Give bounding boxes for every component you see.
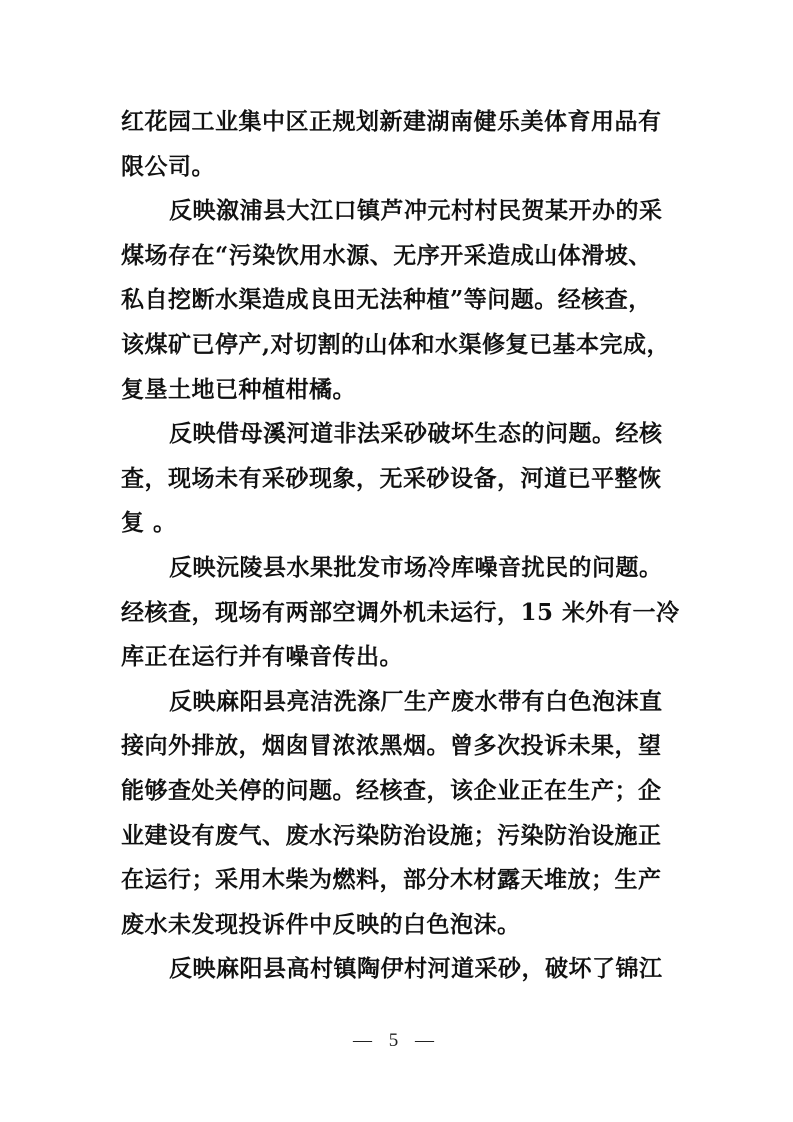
text-line: 红花园工业集中区正规划新建湖南健乐美体育用品有 [121, 100, 681, 145]
paragraph-gaocun-sand-mining: 反映麻阳县高村镇陶伊村河道采砂，破坏了锦江 [121, 947, 681, 992]
text-line: 在运行；采用木柴为燃料，部分木材露天堆放；生产 [121, 858, 681, 903]
text-line: 库正在运行并有噪音传出。 [121, 635, 681, 680]
paragraph-continuation: 红花园工业集中区正规划新建湖南健乐美体育用品有 限公司。 [121, 100, 681, 189]
paragraph-xupu-coal-mine: 反映溆浦县大江口镇芦冲元村村民贺某开办的采 煤场存在“污染饮用水源、无序开采造成… [121, 189, 681, 412]
document-page: 红花园工业集中区正规划新建湖南健乐美体育用品有 限公司。 反映溆浦县大江口镇芦冲… [0, 0, 793, 1122]
text-line: 反映麻阳县亮洁洗涤厂生产废水带有白色泡沫直 [121, 680, 681, 725]
text-line: 该煤矿已停产,对切割的山体和水渠修复已基本完成， [121, 323, 681, 368]
paragraph-jiemuxi-sand-mining: 反映借母溪河道非法采砂破坏生态的问题。经核 查，现场未有采砂现象，无采砂设备，河… [121, 412, 681, 546]
text-line: 复 。 [121, 501, 681, 546]
text-line: 废水未发现投诉件中反映的白色泡沫。 [121, 903, 681, 948]
text-line: 反映借母溪河道非法采砂破坏生态的问题。经核 [121, 412, 681, 457]
text-line: 能够查处关停的问题。经核查，该企业正在生产；企 [121, 769, 681, 814]
body-text: 红花园工业集中区正规划新建湖南健乐美体育用品有 限公司。 反映溆浦县大江口镇芦冲… [121, 100, 681, 992]
page-number: — 5 — [0, 1030, 793, 1052]
paragraph-mayang-laundry: 反映麻阳县亮洁洗涤厂生产废水带有白色泡沫直 接向外排放，烟囱冒浓浓黑烟。曾多次投… [121, 680, 681, 948]
text-line: 接向外排放，烟囱冒浓浓黑烟。曾多次投诉未果，望 [121, 724, 681, 769]
text-line: 限公司。 [121, 145, 681, 190]
text-line: 煤场存在“污染饮用水源、无序开采造成山体滑坡、 [121, 234, 681, 279]
text-line: 反映麻阳县高村镇陶伊村河道采砂，破坏了锦江 [121, 947, 681, 992]
text-line: 业建设有废气、废水污染防治设施；污染防治设施正 [121, 814, 681, 859]
text-line: 反映沅陵县水果批发市场冷库噪音扰民的问题。 [121, 546, 681, 591]
text-line: 查，现场未有采砂现象，无采砂设备，河道已平整恢 [121, 457, 681, 502]
text-line: 复垦土地已种植柑橘。 [121, 368, 681, 413]
text-line: 私自挖断水渠造成良田无法种植”等问题。经核查， [121, 278, 681, 323]
text-line: 反映溆浦县大江口镇芦冲元村村民贺某开办的采 [121, 189, 681, 234]
text-line: 经核查，现场有两部空调外机未运行，15 米外有一冷 [121, 591, 681, 636]
paragraph-yuanling-cold-storage: 反映沅陵县水果批发市场冷库噪音扰民的问题。 经核查，现场有两部空调外机未运行，1… [121, 546, 681, 680]
